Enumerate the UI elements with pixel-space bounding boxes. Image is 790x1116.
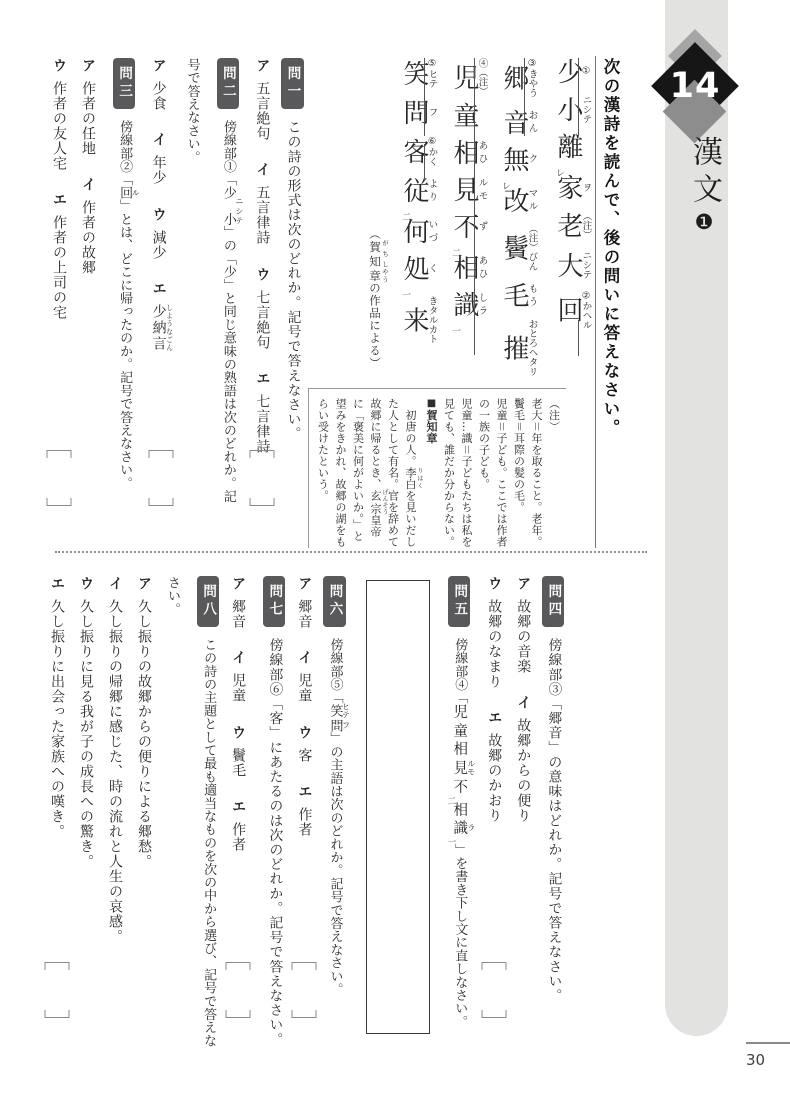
question-1-label: 問一: [281, 58, 303, 109]
kaeriten-mark: 一: [450, 326, 460, 335]
question-2-label: 問二: [217, 58, 239, 109]
question-7: 問七傍線部⑥「客」にあたるのは次のどれか。記号で答えなさい。: [263, 576, 285, 1050]
poem-token: 鬢（注）びん: [499, 224, 529, 272]
unit-number-emblem: 14: [651, 40, 739, 132]
q7-option-e: エ作者: [230, 799, 246, 852]
poem-and-notes-block: 少①小ニシテ離レ家ヲ老（注）大ニシテ回②かヘル 郷③きやう音おん無クレ改マル鬢（…: [308, 56, 596, 548]
question-6: 問六傍線部⑤「笑ヒテ問フ」の主語は次のどれか。記号で答えなさい。: [323, 576, 350, 1050]
poem-token: 家ヲ: [553, 174, 583, 200]
q4-option-a: ア故郷の音楽: [515, 576, 531, 674]
q4-option-e: エ故郷のかおり: [486, 710, 502, 823]
answer-bracket-q3[interactable]: [47, 450, 72, 506]
kaeriten-mark: レ: [500, 181, 510, 190]
poem-line-2: 郷③きやう音おん無クレ改マル鬢（注）びん毛もう摧おとろヘタリ: [498, 58, 537, 387]
question-1: 問一この詩の形式は次のどれか。記号で答えなさい。: [281, 58, 303, 532]
q1-option-u: ウ七言絶句: [254, 267, 270, 350]
question-6-options: ア郷音 イ児童 ウ客 エ作者: [294, 576, 314, 1050]
square-bullet-icon: ■: [426, 398, 437, 410]
kaeriten-mark: 二: [450, 248, 460, 257]
q1-option-i: イ五言律詩: [254, 162, 270, 245]
question-7-label: 問七: [263, 576, 285, 627]
section-divider: [55, 551, 647, 553]
kaeriten-mark: 一: [445, 837, 455, 846]
question-8: 問八この詩の主題として最も適当なものを次の中から選び、記号で答えな: [197, 576, 219, 1050]
q6-option-e: エ作者: [296, 784, 312, 837]
q7-option-a: ア郷音: [230, 576, 246, 629]
underline-segment-2: [578, 320, 580, 356]
question-3-options-1: ア作者の任地 イ作者の故郷: [78, 58, 98, 532]
question-8-option-e: エ久し振りに出会った家族への嘆き。: [47, 576, 67, 1050]
q4-option-u: ウ故郷のなまり: [486, 576, 502, 689]
question-2-options: ア少食 イ年少 ウ減少 エ少納言しようなごん: [149, 58, 174, 532]
poem-token: 毛もう: [499, 282, 529, 308]
q3-option-u: ウ作者の友人宅: [51, 58, 67, 171]
question-8-label: 問八: [197, 576, 219, 627]
unit-number: 14: [651, 66, 739, 106]
bottom-questions: 問四傍線部③「郷音」の意味はどれか。記号で答えなさい。 ア故郷の音楽 イ故郷から…: [38, 576, 564, 1050]
kaeriten-mark: 二: [400, 212, 410, 221]
author-note-heading: ■賀知章: [423, 398, 441, 548]
q3-option-a: ア作者の任地: [80, 58, 96, 156]
question-4-options-1: ア故郷の音楽 イ故郷からの便り: [513, 576, 533, 1050]
question-4-options-2: ウ故郷のなまり エ故郷のかおり: [484, 576, 504, 1050]
q1-option-e: エ七言律詩: [254, 371, 270, 454]
q2-option-e: エ少納言しようなごん: [151, 281, 167, 352]
question-5-text: 傍線部④「児童相見ルモ不二相識ラ一」を書き下し文に直しなさい。: [452, 638, 467, 1028]
unit-title: 漢文❶: [682, 136, 726, 234]
poem-token: 老（注）: [553, 211, 583, 240]
instruction-text: 次の漢詩を読んで、後の問いに答えなさい。: [598, 58, 622, 538]
page-number: 30: [746, 1042, 790, 1069]
question-4-label: 問四: [542, 576, 564, 627]
answer-bracket-q2[interactable]: [149, 450, 174, 506]
answer-box-q5[interactable]: [366, 580, 430, 1034]
poem-line-4: 笑⑤ヒテ問フ客⑥かく従より二何いづ処く一来きタルカト: [398, 58, 437, 355]
question-8-option-a: ア久し振りの故郷からの便りによる郷愁。: [134, 576, 154, 1050]
question-8-option-i: イ久し振りの帰郷に感じた、時の流れと人生の哀感。: [105, 576, 125, 1050]
unit-title-text: 漢文: [687, 136, 722, 210]
poem-token: 摧おとろヘタリ: [499, 319, 529, 376]
poem-token: 改マル: [499, 187, 529, 213]
answer-bracket-q7[interactable]: [226, 962, 251, 1018]
poem-line-1: 少①小ニシテ離レ家ヲ老（注）大ニシテ回②かヘル: [552, 58, 591, 341]
poem-token: 従より: [399, 177, 429, 203]
q6-option-i: イ児童: [296, 650, 312, 703]
kaeriten-mark: レ: [554, 168, 564, 177]
question-3-text: 傍線部②「回ル」とは、どこに帰ったのか。記号で答えなさい。: [117, 120, 132, 490]
underline-segment-3: [524, 58, 526, 136]
question-3-options-2: ウ作者の友人宅 エ作者の上司の宅: [49, 58, 69, 532]
question-3: 問三傍線部②「回ル」とは、どこに帰ったのか。記号で答えなさい。: [113, 58, 140, 532]
workbook-page: 14 漢文❶ 次の漢詩を読んで、後の問いに答えなさい。 少①小ニシテ離レ家ヲ老（…: [0, 0, 790, 1116]
top-questions: 問一この詩の形式は次のどれか。記号で答えなさい。 ア五言絶句 イ五言律詩 ウ七言…: [40, 58, 304, 532]
notes-title: （注）: [545, 398, 563, 548]
answer-bracket-q1[interactable]: [250, 450, 275, 506]
question-8-text-continued: さい。: [163, 576, 182, 1050]
q4-option-i: イ故郷からの便り: [515, 695, 531, 823]
q3-option-i: イ作者の故郷: [80, 177, 96, 275]
question-1-options: ア五言絶句 イ五言律詩 ウ七言絶句 エ七言律詩: [252, 58, 272, 532]
q7-option-u: ウ鬢毛: [230, 725, 246, 778]
unit-badge: ❶: [692, 210, 716, 234]
q7-option-i: イ児童: [230, 650, 246, 703]
q1-option-a: ア五言絶句: [254, 58, 270, 141]
question-3-label: 問三: [113, 58, 135, 109]
poem-area: 少①小ニシテ離レ家ヲ老（注）大ニシテ回②かヘル 郷③きやう音おん無クレ改マル鬢（…: [308, 56, 595, 388]
answer-bracket-q8[interactable]: [45, 962, 70, 1018]
question-2-text-continued: 号で答えなさい。: [183, 58, 202, 532]
question-4: 問四傍線部③「郷音」の意味はどれか。記号で答えなさい。: [542, 576, 564, 1050]
author-note-body: 初唐の人。李白りはくを見いだした人として有名。官を辞めて故郷に帰るとき、玄宗げん…: [314, 398, 423, 548]
poem-token: 離: [553, 133, 583, 159]
kaeriten-mark: 一: [400, 290, 410, 299]
question-1-text: この詩の形式は次のどれか。記号で答えなさい。: [285, 120, 301, 441]
answer-bracket-q4[interactable]: [482, 962, 507, 1018]
question-5: 問五傍線部④「児童相見ルモ不二相識ラ一」を書き下し文に直しなさい。: [448, 576, 475, 1050]
question-7-text: 傍線部⑥「客」にあたるのは次のどれか。記号で答えなさい。: [266, 638, 282, 1047]
notes-section: （注） 老大＝年を取ること。老年。 鬢毛＝耳際の髪の毛。 児童＝子ども。ここでは…: [308, 388, 566, 548]
underline-segment-1: [578, 58, 580, 136]
q6-option-a: ア郷音: [296, 576, 312, 629]
question-2-text: 傍線部①「少 小 ニシテ」の「少」と同じ意味の熟語は次のどれか。記: [221, 120, 236, 503]
poem-token: 何いづ: [399, 218, 429, 244]
poem-attribution: （賀知章が ち しやうの作品による）: [367, 228, 389, 370]
q2-option-u: ウ減少: [151, 207, 167, 260]
note-item: 老大＝年を取ること。老年。: [528, 398, 546, 548]
poem-line-3: 児④（注）童相あひ見ルモ不ず二相あひ識しラ一: [448, 58, 487, 332]
note-item: 児童…識＝子どもたちは私を見ても、誰だか分からない。: [440, 398, 475, 548]
q3-option-e: エ作者の上司の宅: [51, 192, 67, 320]
question-6-label: 問六: [323, 576, 345, 627]
poem-token: 無ク: [499, 146, 529, 172]
note-item: 児童＝子ども。ここでは作者の一族の子ども。: [475, 398, 510, 548]
underline-segment-6: [424, 144, 426, 180]
question-8-text: この詩の主題として最も適当なものを次の中から選び、記号で答えな: [201, 638, 216, 1047]
q2-option-i: イ年少: [151, 132, 167, 185]
poem-token: 処く: [399, 255, 429, 281]
underline-segment-4: [474, 58, 476, 355]
q2-option-a: ア少食: [151, 58, 167, 111]
q6-option-u: ウ客: [296, 725, 312, 763]
question-8-option-u: ウ久し振りに見る我が子の成長への驚き。: [76, 576, 96, 1050]
poem-token: 大ニシテ: [553, 251, 583, 280]
underline-segment-5: [424, 58, 426, 136]
question-4-text: 傍線部③「郷音」の意味はどれか。記号で答えなさい。: [545, 638, 561, 1003]
question-7-options: ア郷音 イ児童 ウ鬢毛 エ作者: [228, 576, 248, 1050]
question-6-text: 傍線部⑤「笑ヒテ問フ」の主語は次のどれか。記号で答えなさい。: [328, 638, 343, 996]
question-2: 問二傍線部①「少 小 ニシテ」の「少」と同じ意味の熟語は次のどれか。記: [217, 58, 244, 532]
question-5-label: 問五: [448, 576, 470, 627]
kaeriten-mark: 二: [445, 796, 455, 805]
answer-bracket-q6[interactable]: [292, 962, 317, 1018]
poem-token: 来きタルカト: [399, 296, 429, 344]
note-item: 鬢毛＝耳際の髪の毛。: [510, 398, 528, 548]
author-name: 賀知章: [425, 410, 438, 445]
